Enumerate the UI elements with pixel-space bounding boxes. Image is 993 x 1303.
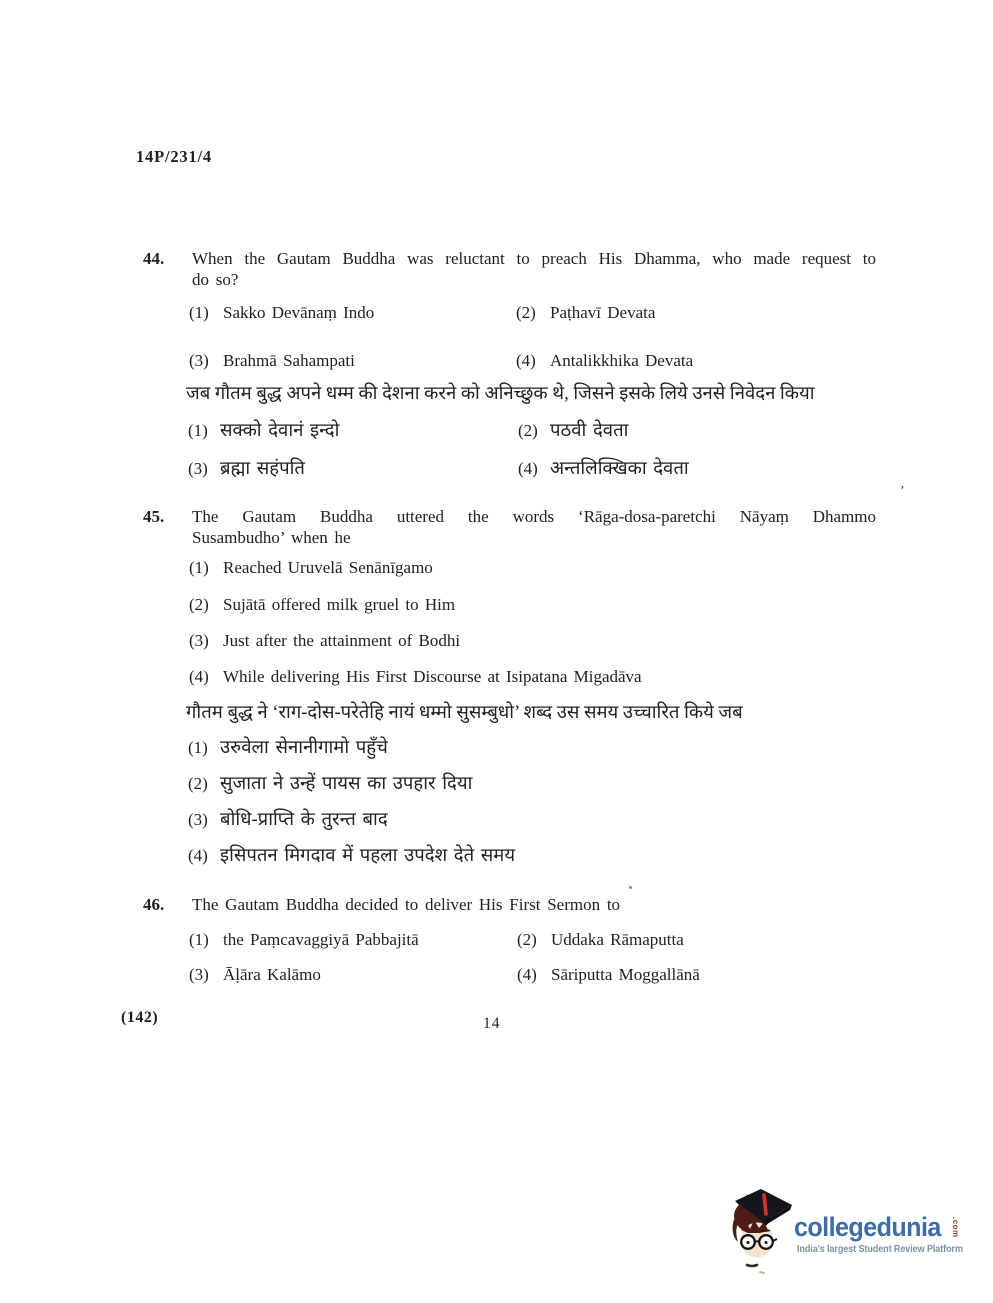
scan-artifact-dot xyxy=(629,886,632,889)
option-label: बोधि-प्राप्ति के तुरन्त बाद xyxy=(220,810,388,830)
option-marker: (1) xyxy=(188,421,220,441)
option-label: the Paṃcavaggiyā Pabbajitā xyxy=(223,930,419,950)
question-text-hindi: जब गौतम बुद्ध अपने धम्म की देशना करने को… xyxy=(186,382,886,406)
q45-hi-option-1: (1) उरुवेला सेनानीगामो पहुँचे xyxy=(188,738,388,758)
q44-en-option-1: (1) Sakko Devānaṃ Indo xyxy=(189,303,374,323)
question-number: 44. xyxy=(143,249,164,269)
q46-en-option-3: (3) Āḷāra Kalāmo xyxy=(189,965,321,985)
option-marker: (1) xyxy=(188,738,220,758)
option-marker: (4) xyxy=(516,351,550,371)
collegedunia-tld: .com xyxy=(951,1217,960,1238)
q44-hi-option-3: (3) ब्रह्मा सहंपति xyxy=(188,459,305,479)
option-label: Brahmā Sahampati xyxy=(223,351,355,371)
question-line: Susambudho’ when he xyxy=(192,528,876,549)
q44-en-option-3: (3) Brahmā Sahampati xyxy=(189,351,355,371)
option-label: Paṭhavī Devata xyxy=(550,303,655,323)
q46-en-option-1: (1) the Paṃcavaggiyā Pabbajitā xyxy=(189,930,419,950)
q45-en-option-2: (2) Sujātā offered milk gruel to Him xyxy=(189,595,455,615)
q44-hi-option-1: (1) सक्को देवानं इन्दो xyxy=(188,421,339,441)
question-line: The Gautam Buddha uttered the words ‘Rāg… xyxy=(192,507,876,528)
option-label: Just after the attainment of Bodhi xyxy=(223,631,460,651)
option-label: Antalikkhika Devata xyxy=(550,351,693,371)
question-line: do so? xyxy=(192,270,876,291)
option-marker: (2) xyxy=(188,774,220,794)
option-marker: (2) xyxy=(517,930,551,950)
q44-en-option-2: (2) Paṭhavī Devata xyxy=(516,303,655,323)
option-label: इसिपतन मिगदाव में पहला उपदेश देते समय xyxy=(220,846,515,866)
option-marker: (1) xyxy=(189,558,223,578)
option-label: Uddaka Rāmaputta xyxy=(551,930,684,950)
q45-hi-option-4: (4) इसिपतन मिगदाव में पहला उपदेश देते सम… xyxy=(188,846,515,866)
option-label: While delivering His First Discourse at … xyxy=(223,667,642,687)
option-label: उरुवेला सेनानीगामो पहुँचे xyxy=(220,738,388,758)
option-marker: (4) xyxy=(517,965,551,985)
q45-hi-option-2: (2) सुजाता ने उन्हें पायस का उपहार दिया xyxy=(188,774,472,794)
question-text: When the Gautam Buddha was reluctant to … xyxy=(192,249,876,290)
q45-en-option-3: (3) Just after the attainment of Bodhi xyxy=(189,631,460,651)
option-label: पठवी देवता xyxy=(550,421,628,441)
option-marker: (3) xyxy=(188,810,220,830)
page-number: 14 xyxy=(483,1015,501,1033)
q45-hi-option-3: (3) बोधि-प्राप्ति के तुरन्त बाद xyxy=(188,810,388,830)
question-text-hindi: गौतम बुद्ध ने ‘राग-दोस-परेतेहि नायं धम्म… xyxy=(186,701,886,725)
collegedunia-watermark: collegedunia .com India's largest Studen… xyxy=(728,1186,978,1291)
option-marker: (2) xyxy=(518,421,550,441)
option-marker: (3) xyxy=(188,459,220,479)
q44-en-option-4: (4) Antalikkhika Devata xyxy=(516,351,693,371)
option-label: Āḷāra Kalāmo xyxy=(223,965,321,985)
option-marker: (4) xyxy=(188,846,220,866)
option-label: सुजाता ने उन्हें पायस का उपहार दिया xyxy=(220,774,472,794)
collegedunia-wordmark: collegedunia xyxy=(794,1212,941,1243)
option-label: Sakko Devānaṃ Indo xyxy=(223,303,374,323)
q44-hi-option-4: (4) अन्तलिक्खिका देवता xyxy=(518,459,689,479)
question-text: The Gautam Buddha decided to deliver His… xyxy=(192,895,876,916)
q45-en-option-4: (4) While delivering His First Discourse… xyxy=(189,667,642,687)
option-label: Sāriputta Moggallānā xyxy=(551,965,700,985)
question-number: 46. xyxy=(143,895,164,915)
option-label: अन्तलिक्खिका देवता xyxy=(550,459,689,479)
option-marker: (4) xyxy=(189,667,223,687)
booklet-code: (142) xyxy=(121,1009,158,1027)
paper-code: 14P/231/4 xyxy=(136,147,212,167)
scanned-exam-page: 14P/231/4 44. When the Gautam Buddha was… xyxy=(0,0,993,1303)
option-marker: (3) xyxy=(189,631,223,651)
option-label: ब्रह्मा सहंपति xyxy=(220,459,305,479)
option-marker: (4) xyxy=(518,459,550,479)
q46-en-option-2: (2) Uddaka Rāmaputta xyxy=(517,930,684,950)
option-marker: (2) xyxy=(516,303,550,323)
q44-hi-option-2: (2) पठवी देवता xyxy=(518,421,628,441)
option-marker: (1) xyxy=(189,303,223,323)
option-label: सक्को देवानं इन्दो xyxy=(220,421,339,441)
q45-en-option-1: (1) Reached Uruvelā Senānīgamo xyxy=(189,558,433,578)
option-label: Reached Uruvelā Senānīgamo xyxy=(223,558,433,578)
collegedunia-mascot-icon xyxy=(730,1188,794,1283)
question-number: 45. xyxy=(143,507,164,527)
scan-artifact-quote: ’ xyxy=(900,484,905,500)
question-line: When the Gautam Buddha was reluctant to … xyxy=(192,249,876,270)
option-marker: (1) xyxy=(189,930,223,950)
question-text: The Gautam Buddha uttered the words ‘Rāg… xyxy=(192,507,876,548)
option-marker: (3) xyxy=(189,965,223,985)
option-marker: (2) xyxy=(189,595,223,615)
option-marker: (3) xyxy=(189,351,223,371)
q46-en-option-4: (4) Sāriputta Moggallānā xyxy=(517,965,700,985)
option-label: Sujātā offered milk gruel to Him xyxy=(223,595,455,615)
collegedunia-tagline: India's largest Student Review Platform xyxy=(797,1243,963,1255)
